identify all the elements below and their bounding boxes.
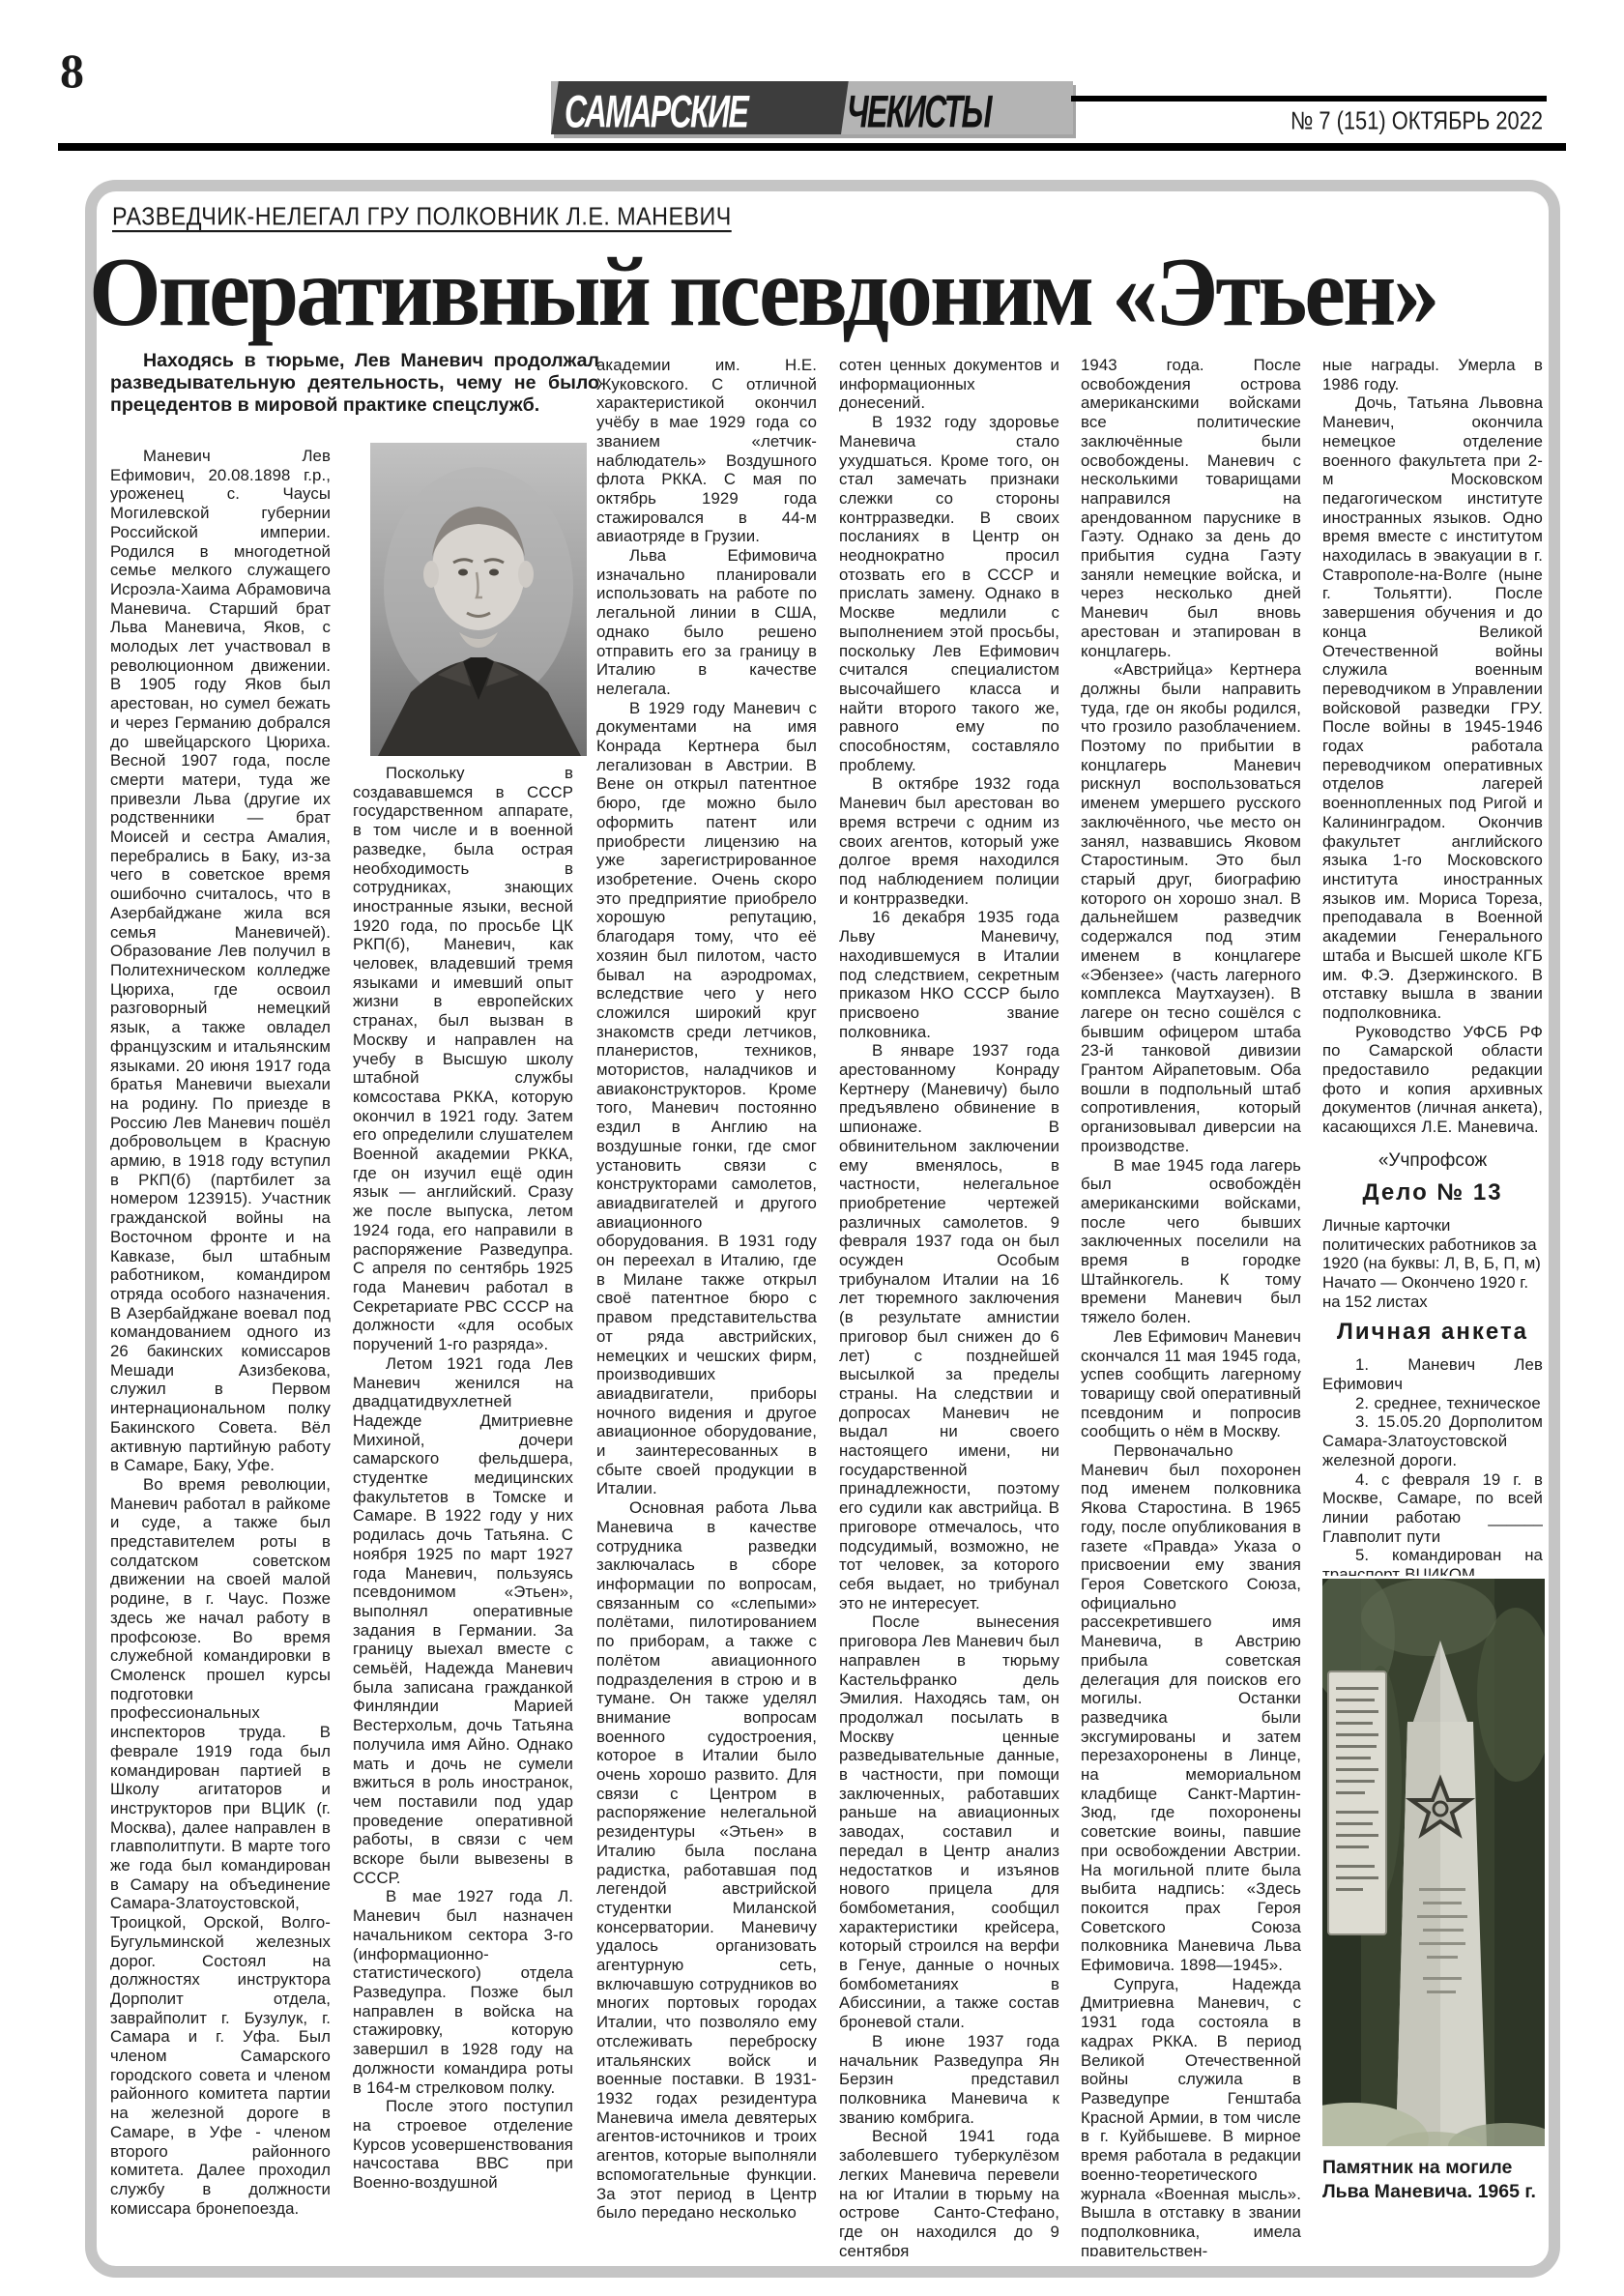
article-column-3: академии им. Н.Е. Жуковского. С отличной…: [596, 356, 817, 2256]
header-divider-bar: [58, 143, 1566, 151]
article-paragraph: Маневич Лев Ефимович, 20.08.1898 г.р., у…: [110, 447, 331, 1475]
article-lead: Находясь в тюрьме, Лев Маневич продолжал…: [110, 350, 599, 418]
article-paragraph: Супруга, Надежда Дмитриевна Маневич, с 1…: [1081, 1975, 1301, 2256]
article-title: Оперативный псевдоним «Этьен»: [89, 242, 1513, 343]
article-paragraph: В мае 1945 года лагерь был освобождён ам…: [1081, 1156, 1301, 1327]
article-paragraph: В июне 1937 года начальник Разведупра Ян…: [839, 2032, 1059, 2128]
article-paragraph: В 1932 году здоровье Маневича стало ухуд…: [839, 413, 1059, 774]
centered-line: «Учпрофсож: [1322, 1150, 1543, 1172]
page-number: 8: [60, 43, 84, 99]
article-paragraph: В январе 1937 года арестованному Конраду…: [839, 1041, 1059, 1613]
article-paragraph: 5. командирован на транспорт ВЦИКОМ: [1322, 1546, 1543, 1576]
article-paragraph: 1. Маневич Лев Ефимович: [1322, 1355, 1543, 1393]
article-paragraph: Летом 1921 года Лев Маневич женился на д…: [353, 1354, 573, 1888]
article-paragraph: сотен ценных документов и информационных…: [839, 356, 1059, 413]
article-paragraph: Дочь, Татьяна Львовна Маневич, окончила …: [1322, 393, 1543, 1022]
article-paragraph: 16 декабря 1935 года Льву Маневичу, нахо…: [839, 908, 1059, 1041]
monument-photo: [1322, 1579, 1545, 2146]
article-paragraph: В октябре 1932 года Маневич был арестова…: [839, 774, 1059, 908]
article-paragraph: В мае 1927 года Л. Маневич был назначен …: [353, 1887, 573, 2097]
block-heading: Личная анкета: [1322, 1319, 1543, 1346]
article-paragraph: академии им. Н.Е. Жуковского. С отличной…: [596, 356, 817, 546]
masthead-word-left: САМАРСКИЕ: [565, 85, 747, 140]
article-paragraph: Льва Ефимовича изначально планировали ис…: [596, 546, 817, 699]
masthead-word-right: ЧЕКИСТЫ: [847, 85, 991, 140]
article-kicker: РАЗВЕДЧИК-НЕЛЕГАЛ ГРУ ПОЛКОВНИК Л.Е. МАН…: [112, 203, 732, 232]
article-paragraph: Первоначально Маневич был похоронен под …: [1081, 1441, 1301, 1975]
article-column-4: сотен ценных документов и информационных…: [839, 356, 1059, 2256]
block-heading: Дело № 13: [1322, 1179, 1543, 1206]
file-description: Личные карточки политических работников …: [1322, 1216, 1543, 1312]
article-paragraph: 1943 года. После освобождения острова ам…: [1081, 356, 1301, 660]
article-paragraph: 3. 15.05.20 Дорполитом Самара-Златоустов…: [1322, 1412, 1543, 1469]
portrait-photo: [370, 443, 587, 756]
article-paragraph: Основная работа Льва Маневича в качестве…: [596, 1498, 817, 2223]
article-column-6: ные награды. Умерла в 1986 году.Дочь, Та…: [1322, 356, 1543, 1576]
article-paragraph: 2. среднее, техническое: [1322, 1394, 1543, 1413]
newspaper-page: { "page": { "number": "8", "masthead_lef…: [0, 0, 1624, 2296]
article-paragraph: ные награды. Умерла в 1986 году.: [1322, 356, 1543, 393]
masthead: САМАРСКИЕ ЧЕКИСТЫ: [551, 81, 1073, 134]
article-paragraph: Во время революции, Маневич работал в ра…: [110, 1475, 331, 2218]
article-column-2: Поскольку в создававшемся в СССР государ…: [353, 764, 573, 2258]
article-paragraph: Весной 1941 года заболевшего туберкулёзо…: [839, 2127, 1059, 2256]
article-paragraph: 4. с февраля 19 г. в Москве, Самаре, по …: [1322, 1470, 1543, 1547]
article-paragraph: В 1929 году Маневич с документами на имя…: [596, 699, 817, 1499]
header-rule: [1071, 96, 1547, 102]
article-paragraph: Лев Ефимович Маневич скончался 11 мая 19…: [1081, 1327, 1301, 1441]
article-paragraph: Поскольку в создававшемся в СССР государ…: [353, 764, 573, 1354]
article-paragraph: Руководство УФСБ РФ по Самарской области…: [1322, 1023, 1543, 1137]
article-paragraph: После этого поступил на строевое отделен…: [353, 2097, 573, 2193]
monument-photo-caption: Памятник на могиле Льва Маневича. 1965 г…: [1322, 2156, 1554, 2204]
article-paragraph: «Австрийца» Кертнера должны были направи…: [1081, 660, 1301, 1155]
article-column-1: Маневич Лев Ефимович, 20.08.1898 г.р., у…: [110, 447, 331, 2256]
article-paragraph: После вынесения приговора Лев Маневич бы…: [839, 1613, 1059, 2031]
issue-number: № 7 (151) ОКТЯБРЬ 2022: [1216, 106, 1543, 135]
article-column-5: 1943 года. После освобождения острова ам…: [1081, 356, 1301, 2256]
